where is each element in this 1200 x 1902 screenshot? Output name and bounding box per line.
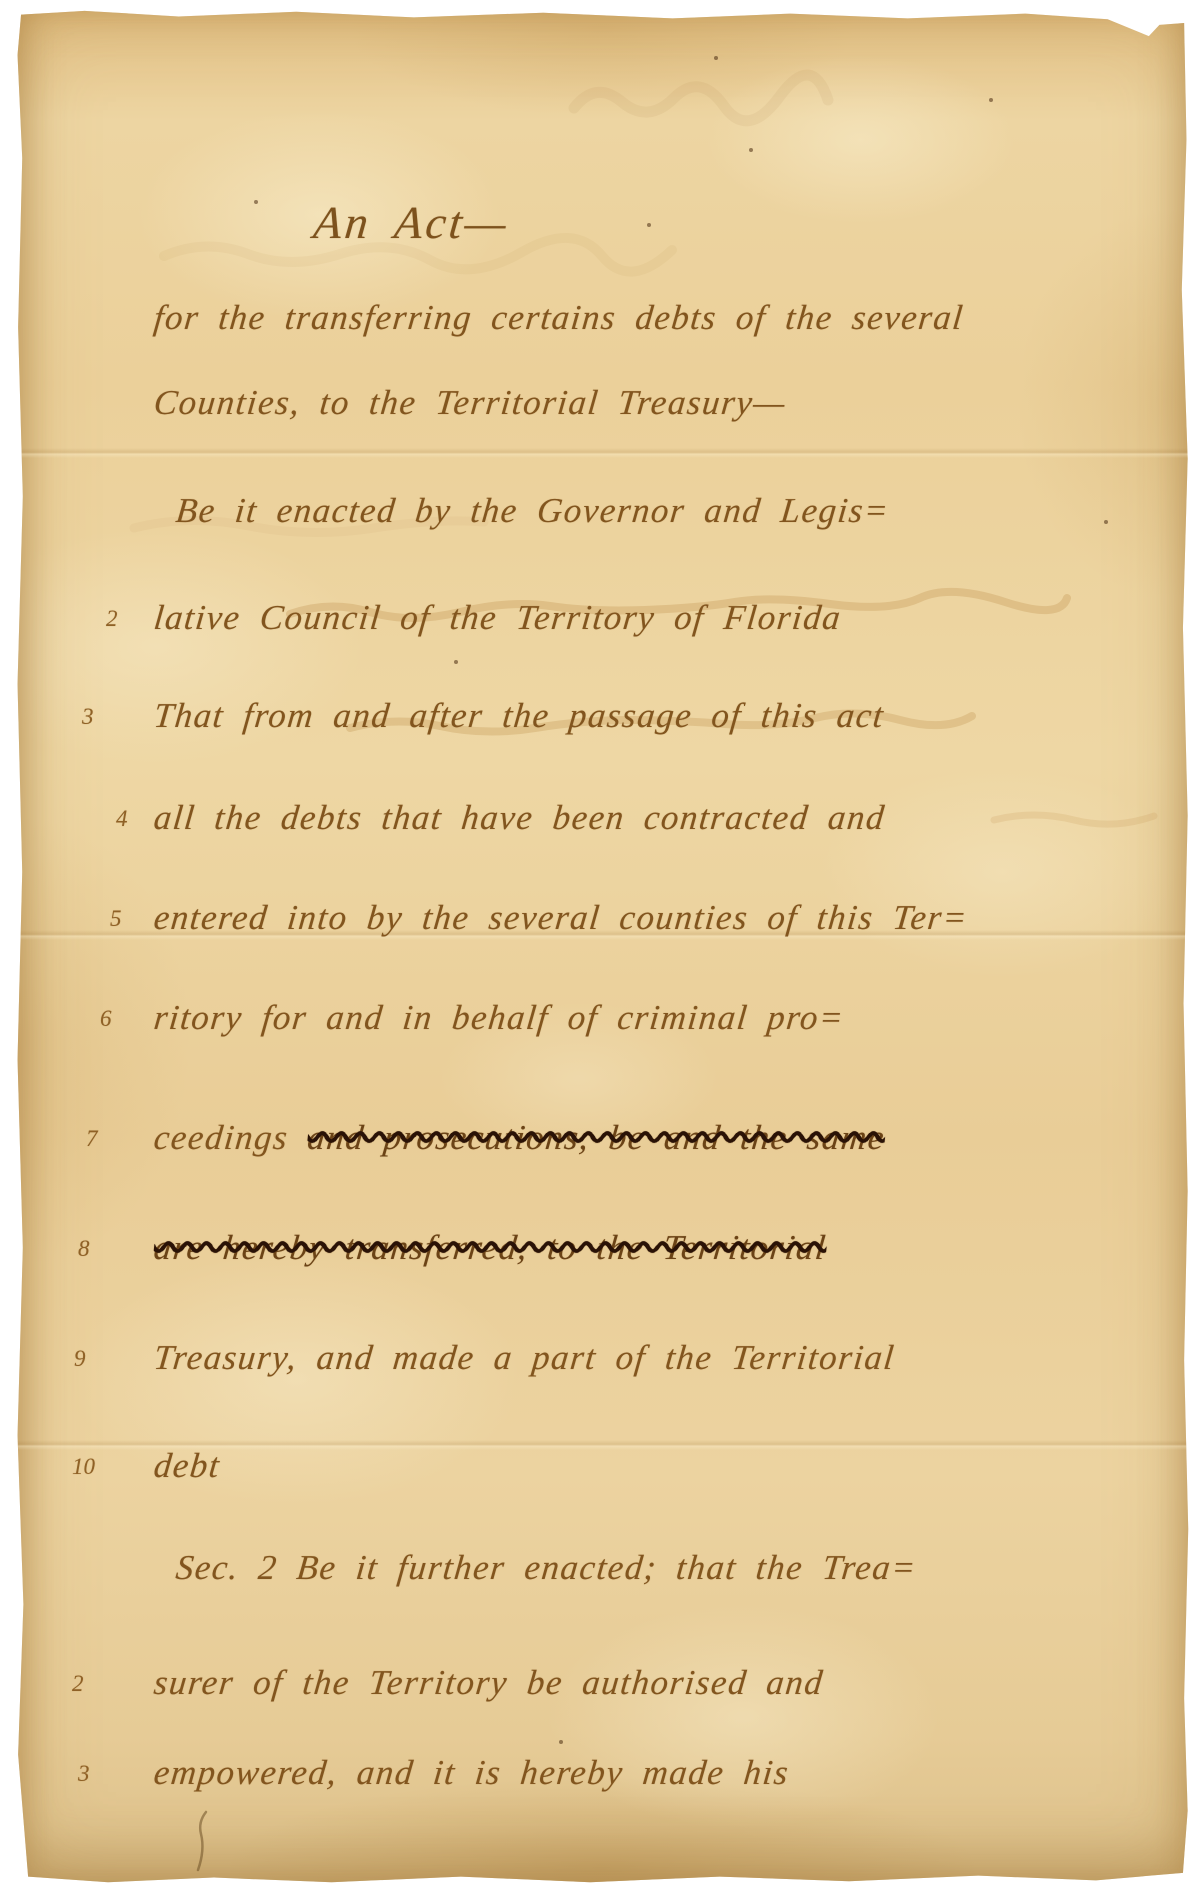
line-number: 3 <box>78 1761 90 1787</box>
handwritten-text: entered into by the several counties of … <box>152 898 970 937</box>
handwritten-text: Sec. 2 Be it further enacted; that the T… <box>174 1548 919 1587</box>
handwritten-text: lative Council of the Territory of Flori… <box>152 598 843 637</box>
line-number: 7 <box>86 1126 98 1152</box>
manuscript-line-13: Sec. 2 Be it further enacted; that the T… <box>14 1548 1190 1620</box>
handwritten-text: ritory for and in behalf of criminal pro… <box>152 998 846 1037</box>
line-text: ceedings and prosecutions, be and the sa… <box>152 1118 887 1158</box>
ink-speck <box>989 98 993 102</box>
line-text: debt <box>152 1446 222 1486</box>
handwritten-text: ceedings <box>152 1118 310 1157</box>
line-text: ritory for and in behalf of criminal pro… <box>152 998 847 1038</box>
line-text: lative Council of the Territory of Flori… <box>152 598 844 638</box>
strikethrough-text: are hereby transferred, to the Territori… <box>152 1228 829 1267</box>
manuscript-line-8: 6ritory for and in behalf of criminal pr… <box>14 998 1190 1070</box>
ink-speck <box>647 223 651 227</box>
strikethrough-text: and prosecutions, be and the same <box>306 1118 887 1157</box>
line-text: Counties, to the Territorial Treasury— <box>152 383 788 423</box>
handwritten-text: Be it enacted by the Governor and Legis= <box>174 491 891 530</box>
ink-speck <box>714 56 718 60</box>
manuscript-page: An Act— for the transferring certains de… <box>14 8 1190 1886</box>
line-text: Treasury, and made a part of the Territo… <box>152 1338 897 1378</box>
line-number: 9 <box>74 1346 86 1372</box>
manuscript-line-11: 9Treasury, and made a part of the Territ… <box>14 1338 1190 1410</box>
line-text: entered into by the several counties of … <box>152 898 970 938</box>
handwritten-text: Treasury, and made a part of the Territo… <box>152 1338 897 1377</box>
manuscript-line-1: for the transferring certains debts of t… <box>14 298 1190 370</box>
handwritten-text: for the transferring certains debts of t… <box>152 298 966 337</box>
line-number: 2 <box>106 606 118 632</box>
manuscript-line-2: Counties, to the Territorial Treasury— <box>14 383 1190 455</box>
manuscript-line-7: 5entered into by the several counties of… <box>14 898 1190 970</box>
line-text: empowered, and it is hereby made his <box>152 1753 791 1793</box>
line-number: 2 <box>72 1671 84 1697</box>
line-text: are hereby transferred, to the Territori… <box>152 1228 829 1268</box>
ink-speck <box>559 1740 563 1744</box>
line-number: 3 <box>82 704 94 730</box>
manuscript-line-14: 2surer of the Territory be authorised an… <box>14 1663 1190 1735</box>
line-text: That from and after the passage of this … <box>152 696 886 736</box>
handwritten-text: That from and after the passage of this … <box>152 696 886 735</box>
ink-speck <box>254 200 258 204</box>
handwritten-text: debt <box>152 1446 222 1485</box>
document-title: An Act— <box>311 196 512 249</box>
manuscript-line-10: 8are hereby transferred, to the Territor… <box>14 1228 1190 1300</box>
line-number: 6 <box>100 1006 112 1032</box>
line-text: for the transferring certains debts of t… <box>152 298 966 338</box>
manuscript-line-5: 3That from and after the passage of this… <box>14 696 1190 768</box>
line-text: all the debts that have been contracted … <box>152 798 887 838</box>
manuscript-line-9: 7ceedings and prosecutions, be and the s… <box>14 1118 1190 1190</box>
line-text: surer of the Territory be authorised and <box>152 1663 826 1703</box>
scanned-document: { "page": { "background_color": "#ffffff… <box>0 0 1200 1902</box>
line-number: 4 <box>116 806 128 832</box>
handwritten-text: empowered, and it is hereby made his <box>152 1753 791 1792</box>
manuscript-line-6: 4all the debts that have been contracted… <box>14 798 1190 870</box>
manuscript-line-3: Be it enacted by the Governor and Legis= <box>14 491 1190 563</box>
line-number: 10 <box>72 1454 95 1480</box>
manuscript-line-12: 10debt <box>14 1446 1190 1518</box>
handwritten-text: Counties, to the Territorial Treasury— <box>152 383 788 422</box>
line-text: Be it enacted by the Governor and Legis= <box>174 491 892 531</box>
manuscript-line-4: 2lative Council of the Territory of Flor… <box>14 598 1190 670</box>
line-number: 5 <box>110 906 122 932</box>
manuscript-line-15: 3empowered, and it is hereby made his <box>14 1753 1190 1825</box>
handwritten-text: all the debts that have been contracted … <box>152 798 887 837</box>
line-text: Sec. 2 Be it further enacted; that the T… <box>174 1548 919 1588</box>
line-number: 8 <box>78 1236 90 1262</box>
handwritten-text: surer of the Territory be authorised and <box>152 1663 826 1702</box>
ink-speck <box>749 148 753 152</box>
